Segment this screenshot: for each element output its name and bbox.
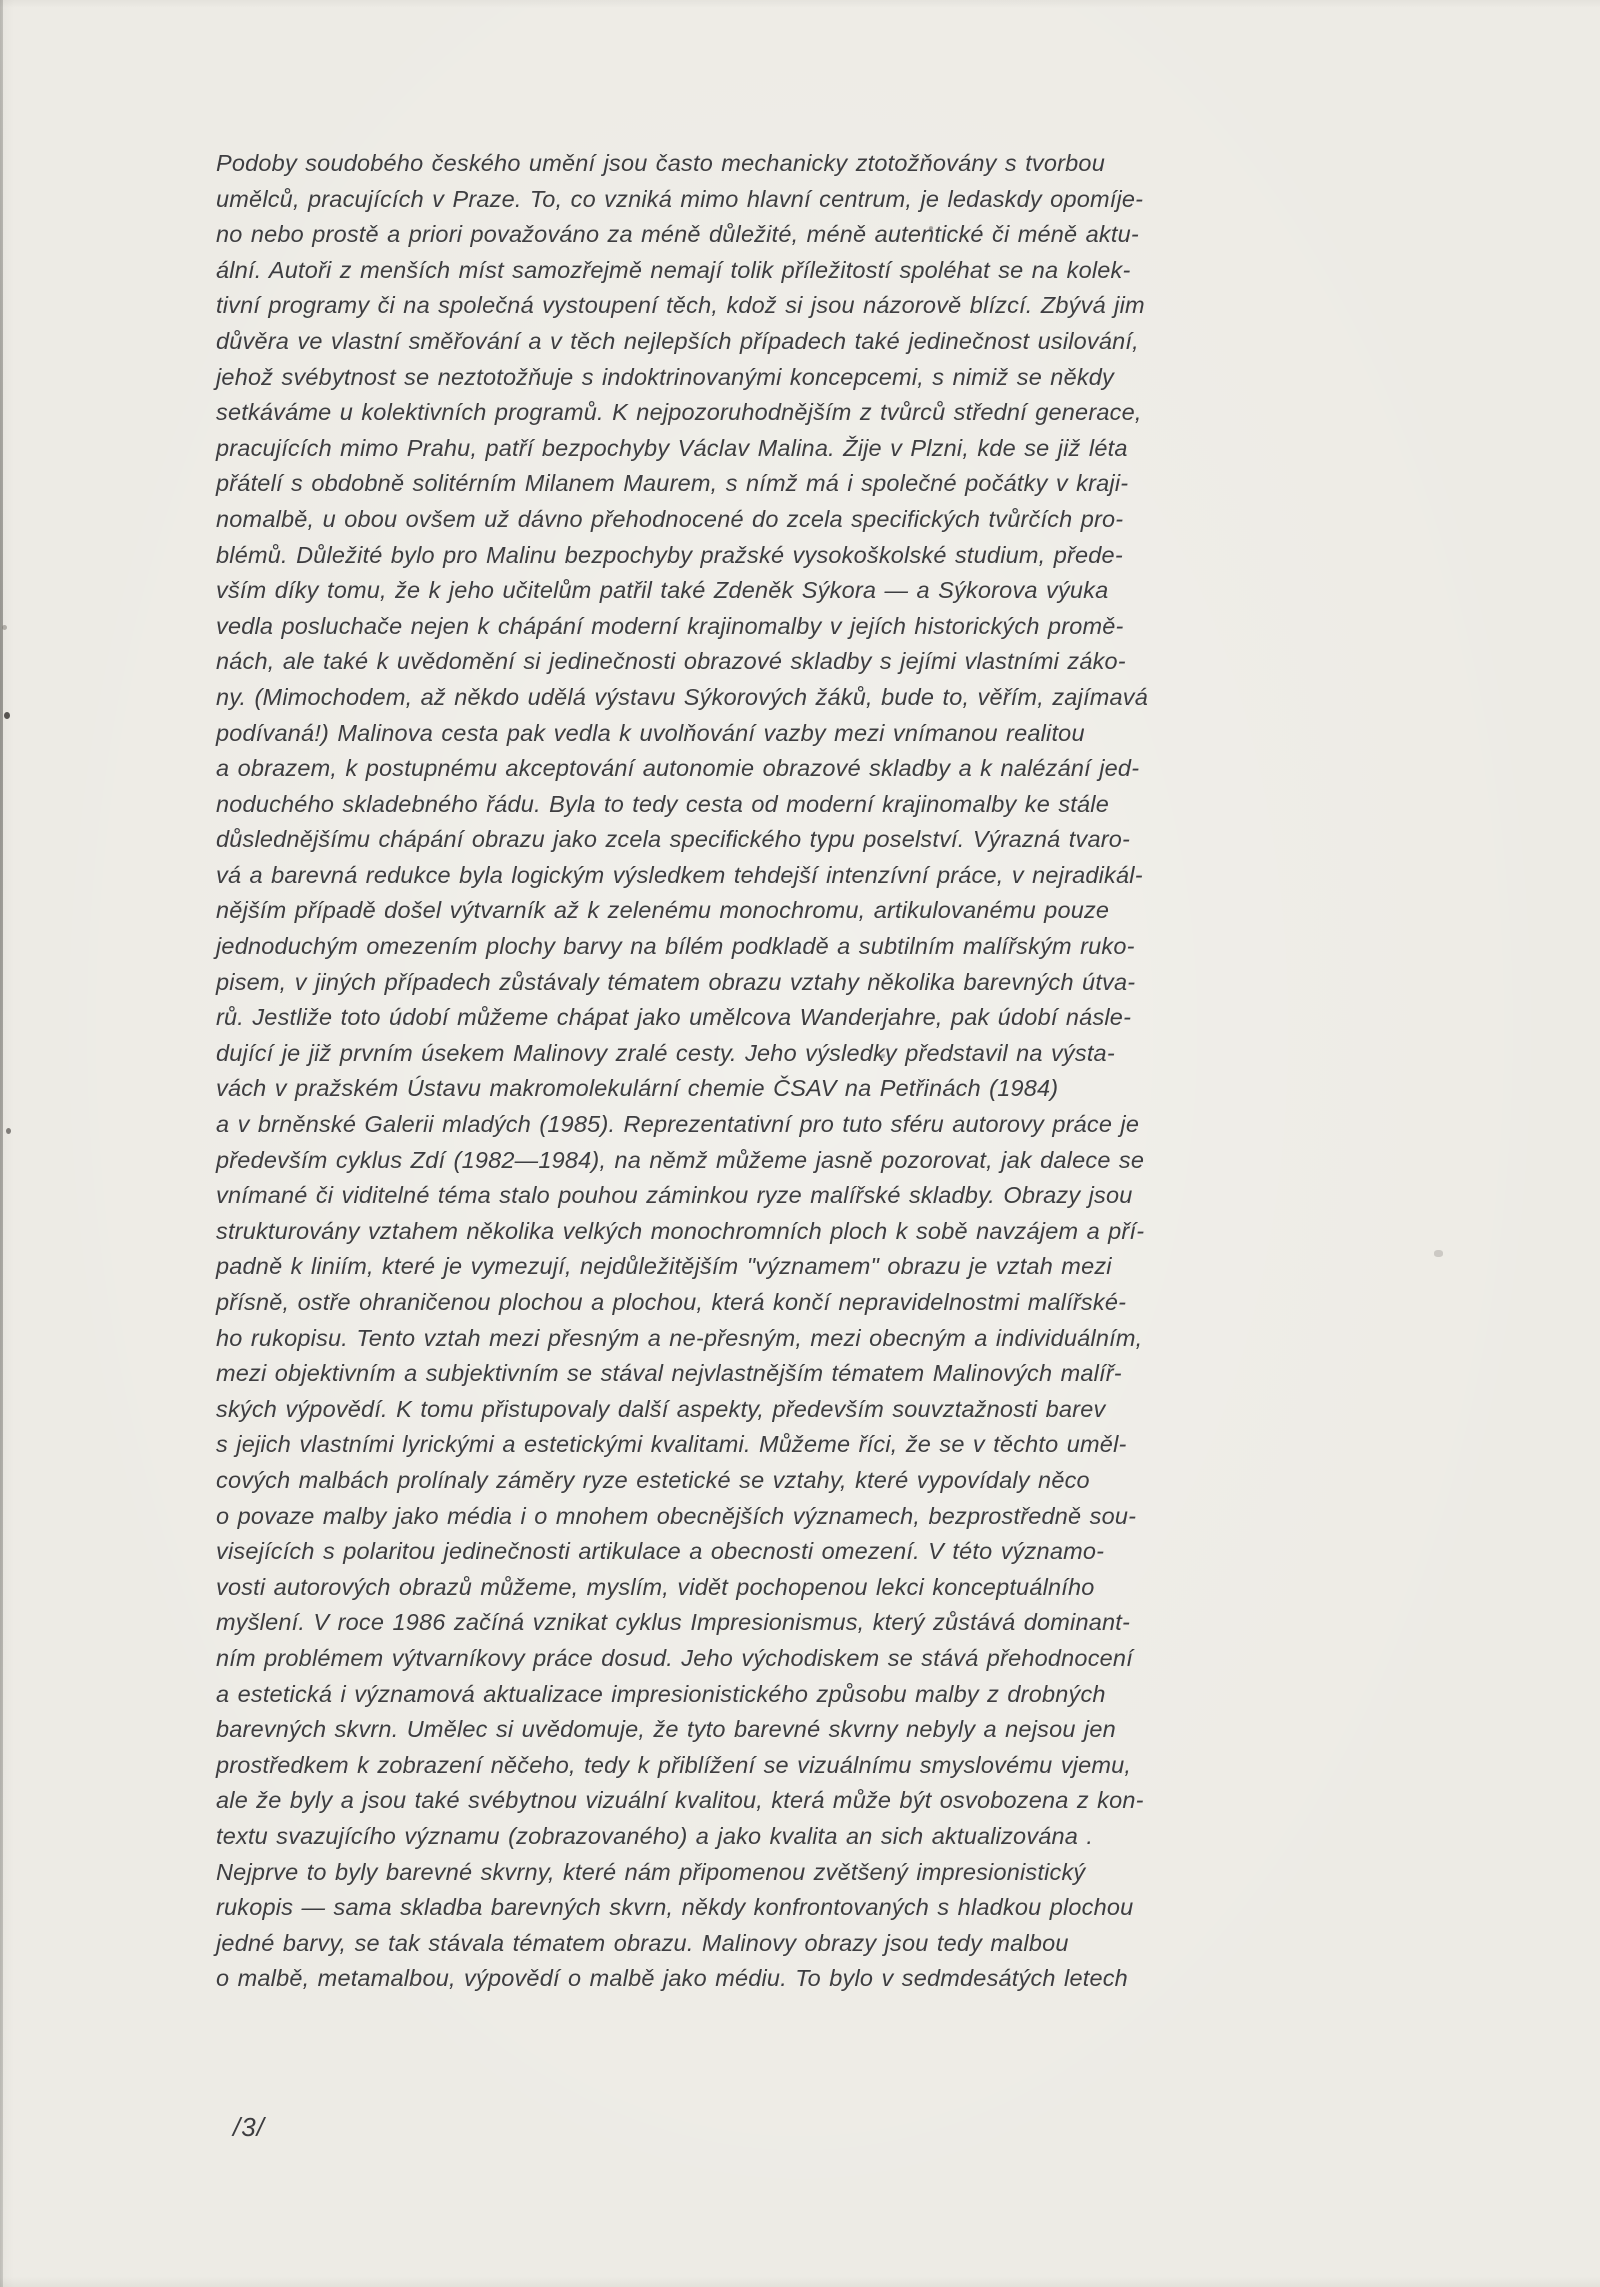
text-line: ho rukopisu. Tento vztah mezi přesným a … (216, 1321, 1206, 1357)
text-line: Podoby soudobého českého umění jsou čast… (216, 146, 1206, 182)
text-line: o povaze malby jako média i o mnohem obe… (216, 1499, 1206, 1535)
text-line: tivní programy či na společná vystoupení… (216, 288, 1206, 324)
text-line: důvěra ve vlastní směřování a v těch nej… (216, 324, 1206, 360)
text-line: jednoduchým omezením plochy barvy na bíl… (216, 929, 1206, 965)
text-line: ny. (Mimochodem, až někdo udělá výstavu … (216, 680, 1206, 716)
text-line: rukopis — sama skladba barevných skvrn, … (216, 1890, 1206, 1926)
text-line: s jejich vlastními lyrickými a estetický… (216, 1427, 1206, 1463)
text-line: rů. Jestliže toto údobí můžeme chápat ja… (216, 1000, 1206, 1036)
text-line: visejících s polaritou jedinečnosti arti… (216, 1534, 1206, 1570)
scan-speck (4, 712, 10, 719)
text-line: textu svazujícího významu (zobrazovaného… (216, 1819, 1206, 1855)
text-line: ale že byly a jsou také svébytnou vizuál… (216, 1783, 1206, 1819)
text-line: podívaná!) Malinova cesta pak vedla k uv… (216, 716, 1206, 752)
text-line: vnímané či viditelné téma stalo pouhou z… (216, 1178, 1206, 1214)
text-line: myšlení. V roce 1986 začíná vznikat cykl… (216, 1605, 1206, 1641)
text-line: o malbě, metamalbou, výpovědí o malbě ja… (216, 1961, 1206, 1997)
page-number: /3/ (233, 2112, 265, 2143)
text-line: barevných skvrn. Umělec si uvědomuje, že… (216, 1712, 1206, 1748)
text-line: vosti autorových obrazů můžeme, myslím, … (216, 1570, 1206, 1606)
text-line: pisem, v jiných případech zůstávaly téma… (216, 965, 1206, 1001)
text-line: dující je již prvním úsekem Malinovy zra… (216, 1036, 1206, 1072)
text-line: nomalbě, u obou ovšem už dávno přehodnoc… (216, 502, 1206, 538)
text-line: důslednějšímu chápání obrazu jako zcela … (216, 822, 1206, 858)
text-line: pracujících mimo Prahu, patří bezpochyby… (216, 431, 1206, 467)
text-line: jehož svébytnost se neztotožňuje s indok… (216, 360, 1206, 396)
text-line: mezi objektivním a subjektivním se stáva… (216, 1356, 1206, 1392)
scan-speck (2, 625, 7, 630)
text-line: strukturovány vztahem několika velkých m… (216, 1214, 1206, 1250)
text-line: především cyklus Zdí (1982—1984), na něm… (216, 1143, 1206, 1179)
text-line: vším díky tomu, že k jeho učitelům patři… (216, 573, 1206, 609)
text-line: no nebo prostě a priori považováno za mé… (216, 217, 1206, 253)
text-line: umělců, pracujících v Praze. To, co vzni… (216, 182, 1206, 218)
scanned-page: Podoby soudobého českého umění jsou čast… (0, 0, 1600, 2287)
text-line: blémů. Důležité bylo pro Malinu bezpochy… (216, 538, 1206, 574)
text-line: vách v pražském Ústavu makromolekulární … (216, 1071, 1206, 1107)
text-line: a obrazem, k postupnému akceptování auto… (216, 751, 1206, 787)
scan-speck (1434, 1250, 1443, 1257)
scan-speck (6, 1128, 11, 1134)
text-line: nách, ale také k uvědomění si jedinečnos… (216, 644, 1206, 680)
text-line: ním problémem výtvarníkovy práce dosud. … (216, 1641, 1206, 1677)
text-line: a estetická i významová aktualizace impr… (216, 1677, 1206, 1713)
text-line: a v brněnské Galerii mladých (1985). Rep… (216, 1107, 1206, 1143)
text-line: jedné barvy, se tak stávala tématem obra… (216, 1926, 1206, 1962)
text-line: Nejprve to byly barevné skvrny, které ná… (216, 1855, 1206, 1891)
text-line: přátelí s obdobně solitérním Milanem Mau… (216, 466, 1206, 502)
text-line: nějším případě došel výtvarník až k zele… (216, 893, 1206, 929)
text-line: přísně, ostře ohraničenou plochou a ploc… (216, 1285, 1206, 1321)
scan-edge-shadow (0, 0, 3, 2287)
text-line: cových malbách prolínaly záměry ryze est… (216, 1463, 1206, 1499)
text-line: vedla posluchače nejen k chápání moderní… (216, 609, 1206, 645)
text-line: setkáváme u kolektivních programů. K nej… (216, 395, 1206, 431)
text-line: padně k liniím, které je vymezují, nejdů… (216, 1249, 1206, 1285)
text-line: vá a barevná redukce byla logickým výsle… (216, 858, 1206, 894)
text-line: prostředkem k zobrazení něčeho, tedy k p… (216, 1748, 1206, 1784)
body-text: Podoby soudobého českého umění jsou čast… (216, 146, 1206, 1997)
text-line: noduchého skladebného řádu. Byla to tedy… (216, 787, 1206, 823)
text-line: ských výpovědí. K tomu přistupovaly dalš… (216, 1392, 1206, 1428)
text-line: ální. Autoři z menších míst samozřejmě n… (216, 253, 1206, 289)
